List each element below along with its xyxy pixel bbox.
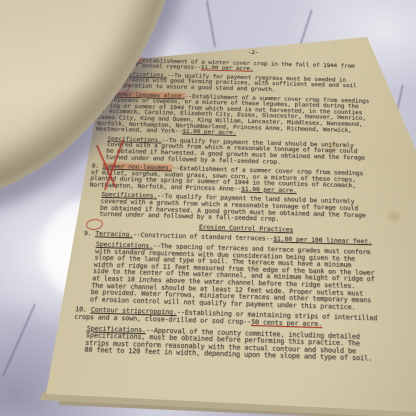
block-spec: Specifications.--The spacing of terraces… xyxy=(76,241,411,313)
marble-vein xyxy=(2,303,36,377)
marble-vein xyxy=(206,0,216,48)
photo-of-document: -2-Ryegrass.--Establishment of a winter … xyxy=(0,0,416,416)
block-item: 7. Summer legumes alone.--Establishment … xyxy=(96,91,405,141)
